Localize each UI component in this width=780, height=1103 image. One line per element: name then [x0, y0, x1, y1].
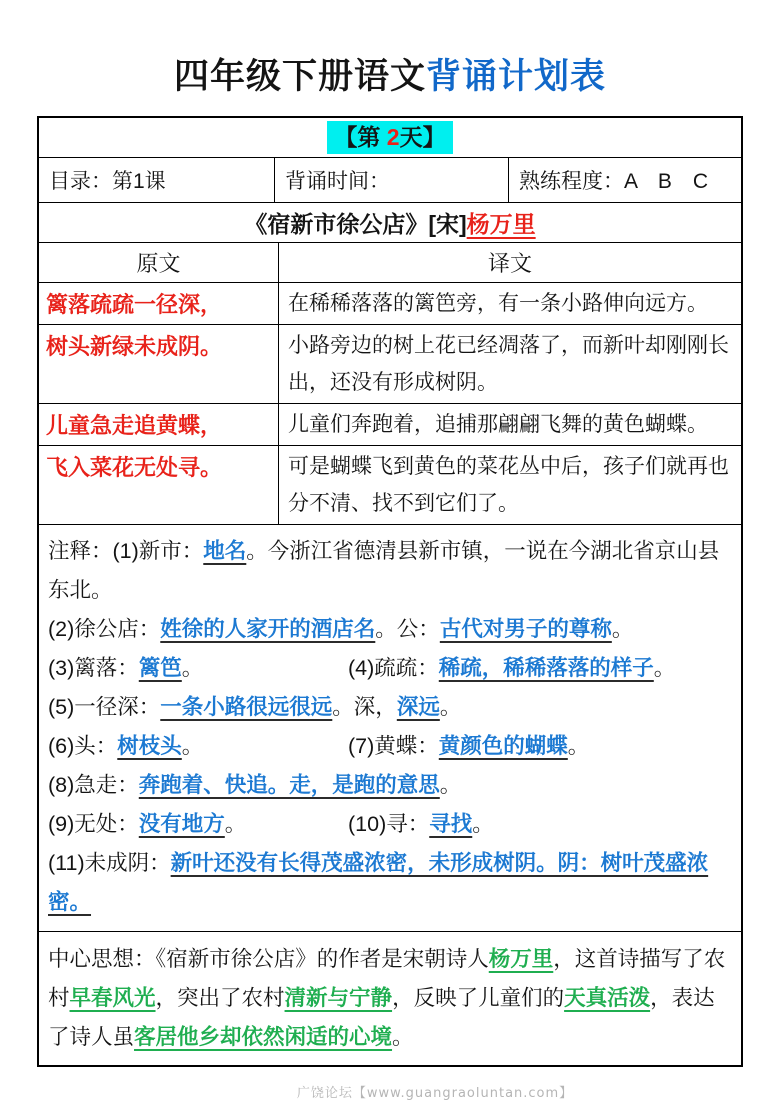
poem-row: 飞入菜花无处寻。 可是蝴蝶飞到黄色的菜花丛中后，孩子们就再也分不清、找不到它们了… — [39, 445, 741, 524]
poem-title-row: 《宿新市徐公店》[宋]杨万里 — [39, 202, 741, 242]
note-line: (3)篱落：篱笆。(4)疏疏：稀疏，稀稀落落的样子。 — [48, 649, 731, 688]
original-cell: 树头新绿未成阴。 — [39, 325, 278, 403]
note-line: (11)未成阴：新叶还没有长得茂盛浓密，未形成树阴。阴：树叶茂盛浓密。 — [48, 844, 731, 922]
note-line: (5)一径深：一条小路很远很远。深，深远。 — [48, 688, 731, 727]
day-row: 【第 2天】 — [39, 118, 741, 157]
day-suffix: 天】 — [400, 124, 446, 150]
poem-row: 树头新绿未成阴。 小路旁边的树上花已经凋落了，而新叶却刚刚长出，还没有形成树阴。 — [39, 324, 741, 403]
notes-cell: 注释：(1)新市：地名。今浙江省德清县新市镇，一说在今湖北省京山县东北。 (2)… — [39, 524, 741, 931]
recite-time-cell: 背诵时间： — [274, 158, 508, 202]
worksheet: 四年级下册语文背诵计划表 【第 2天】 目录：第1课 背诵时间： 熟练程度：A … — [0, 0, 780, 1101]
column-header-row: 原文 译文 — [39, 242, 741, 282]
translation-cell: 儿童们奔跑着，追捕那翩翩飞舞的黄色蝴蝶。 — [278, 404, 741, 445]
poem-dynasty: [宋] — [428, 206, 466, 239]
original-cell: 飞入菜花无处寻。 — [39, 446, 278, 524]
day-badge: 【第 2天】 — [327, 121, 452, 154]
poem-row: 儿童急走追黄蝶， 儿童们奔跑着，追捕那翩翩飞舞的黄色蝴蝶。 — [39, 403, 741, 445]
column-header-translation: 译文 — [278, 243, 741, 282]
note-line: (8)急走：奔跑着、快追。走，是跑的意思。 — [48, 766, 731, 805]
central-idea-cell: 中心思想：《宿新市徐公店》的作者是宋朝诗人杨万里，这首诗描写了农村早春风光，突出… — [39, 931, 741, 1065]
schedule-table: 【第 2天】 目录：第1课 背诵时间： 熟练程度：A B C 《宿新市徐公店》[… — [37, 116, 743, 1067]
page-title: 四年级下册语文背诵计划表 — [37, 54, 743, 100]
day-prefix: 【第 — [334, 124, 386, 150]
note-line: 注释：(1)新市：地名。今浙江省德清县新市镇，一说在今湖北省京山县东北。 — [48, 532, 731, 610]
note-line: (6)头：树枝头。(7)黄蝶：黄颜色的蝴蝶。 — [48, 727, 731, 766]
catalog-cell: 目录：第1课 — [39, 158, 274, 202]
column-header-original: 原文 — [39, 243, 278, 282]
poem-title: 《宿新市徐公店》 — [244, 206, 428, 239]
poem-author: 杨万里 — [467, 206, 536, 239]
footer-credit: 广饶论坛【www.guangraoluntan.com】 — [82, 1082, 780, 1101]
day-number: 2 — [387, 124, 400, 150]
poem-row: 篱落疏疏一径深， 在稀稀落落的篱笆旁，有一条小路伸向远方。 — [39, 282, 741, 324]
translation-cell: 可是蝴蝶飞到黄色的菜花丛中后，孩子们就再也分不清、找不到它们了。 — [278, 446, 741, 524]
proficiency-cell: 熟练程度：A B C — [508, 158, 741, 202]
translation-cell: 在稀稀落落的篱笆旁，有一条小路伸向远方。 — [278, 283, 741, 324]
original-cell: 篱落疏疏一径深， — [39, 283, 278, 324]
note-line: (9)无处：没有地方。(10)寻：寻找。 — [48, 805, 731, 844]
info-row: 目录：第1课 背诵时间： 熟练程度：A B C — [39, 157, 741, 202]
title-course-part: 四年级下册语文 — [174, 57, 426, 96]
original-cell: 儿童急走追黄蝶， — [39, 404, 278, 445]
central-idea-text: 中心思想：《宿新市徐公店》的作者是宋朝诗人杨万里，这首诗描写了农村早春风光，突出… — [48, 940, 731, 1057]
note-line: (2)徐公店：姓徐的人家开的酒店名。公：古代对男子的尊称。 — [48, 610, 731, 649]
title-plan-part: 背诵计划表 — [426, 57, 606, 96]
translation-cell: 小路旁边的树上花已经凋落了，而新叶却刚刚长出，还没有形成树阴。 — [278, 325, 741, 403]
